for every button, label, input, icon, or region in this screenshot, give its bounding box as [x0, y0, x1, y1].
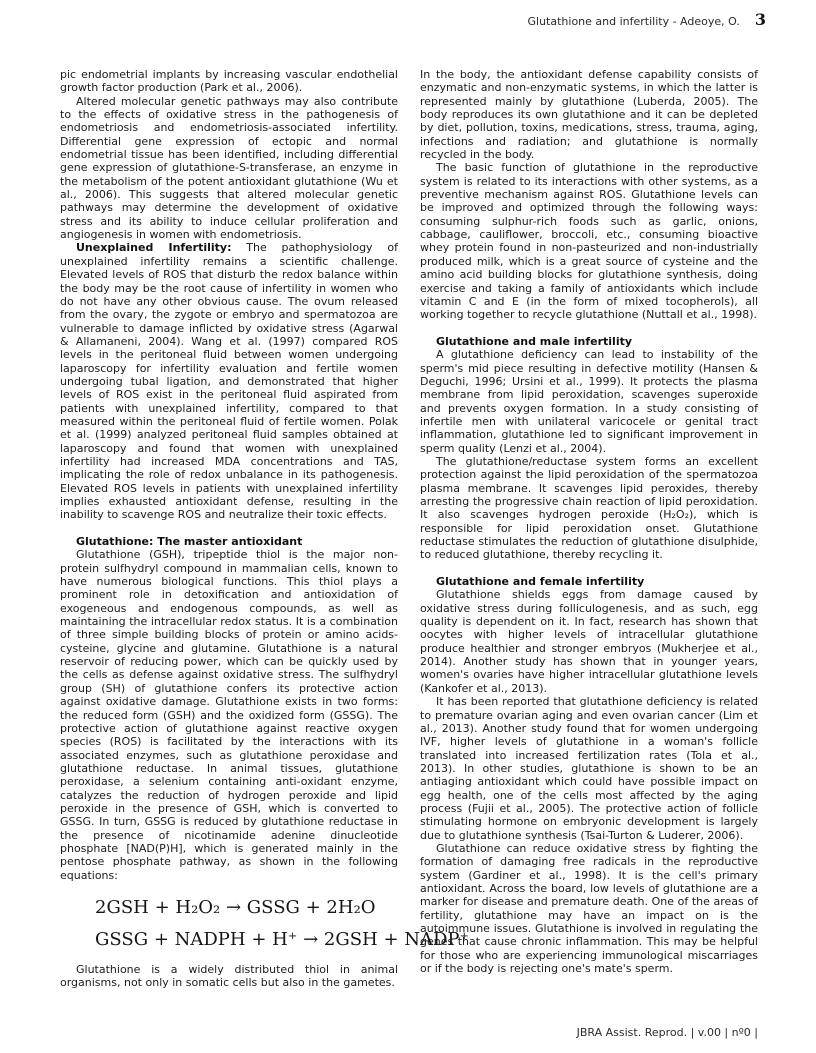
- paragraph-free-radicals: Glutathione can reduce oxidative stress …: [420, 842, 758, 975]
- left-column: pic endometrial implants by increasing v…: [60, 68, 398, 989]
- paragraph-glutathione-description: Glutathione (GSH), tripeptide thiol is t…: [60, 548, 398, 882]
- paragraph-thiol-distribution: Glutathione is a widely distributed thio…: [60, 963, 398, 990]
- journal-info: JBRA Assist. Reprod. | v.00 | nº0 |: [577, 1026, 758, 1039]
- paragraph-genetic-pathways: Altered molecular genetic pathways may a…: [60, 95, 398, 242]
- article-body: pic endometrial implants by increasing v…: [60, 68, 758, 989]
- paragraph-egg-protection: Glutathione shields eggs from damage cau…: [420, 588, 758, 695]
- paper-page: Glutathione and infertility - Adeoye, O.…: [0, 0, 816, 1053]
- paragraph-antioxidant-defense: In the body, the antioxidant defense cap…: [420, 68, 758, 161]
- paragraph-basic-function: The basic function of glutathione in the…: [420, 161, 758, 321]
- page-footer: JBRA Assist. Reprod. | v.00 | nº0 |: [577, 1026, 758, 1039]
- page-number: 3: [755, 10, 766, 29]
- paragraph-endometriosis-continuation: pic endometrial implants by increasing v…: [60, 68, 398, 95]
- section-heading-male-infertility: Glutathione and male infertility: [420, 335, 758, 348]
- section-heading-master-antioxidant: Glutathione: The master antioxidant: [60, 535, 398, 548]
- paragraph-unexplained-infertility-text: The pathophysiology of unexplained infer…: [60, 241, 398, 521]
- equation-block: 2GSH + H₂O₂ → GSSG + 2H₂O GSSG + NADPH +…: [95, 898, 398, 950]
- inline-heading-unexplained-infertility: Unexplained Infertility:: [76, 241, 231, 254]
- paragraph-reductase-system: The glutathione/reductase system forms a…: [420, 455, 758, 562]
- equation-2: GSSG + NADPH + H⁺ → 2GSH + NADP⁺: [95, 930, 398, 950]
- page-header: Glutathione and infertility - Adeoye, O.…: [0, 10, 766, 29]
- section-heading-female-infertility: Glutathione and female infertility: [420, 575, 758, 588]
- paragraph-deficiency-sperm: A glutathione deficiency can lead to ins…: [420, 348, 758, 455]
- running-title: Glutathione and infertility - Adeoye, O.: [528, 15, 740, 28]
- equation-1: 2GSH + H₂O₂ → GSSG + 2H₂O: [95, 898, 398, 918]
- paragraph-unexplained-infertility: Unexplained Infertility: The pathophysio…: [60, 241, 398, 521]
- right-column: In the body, the antioxidant defense cap…: [420, 68, 758, 989]
- paragraph-ovarian-aging: It has been reported that glutathione de…: [420, 695, 758, 842]
